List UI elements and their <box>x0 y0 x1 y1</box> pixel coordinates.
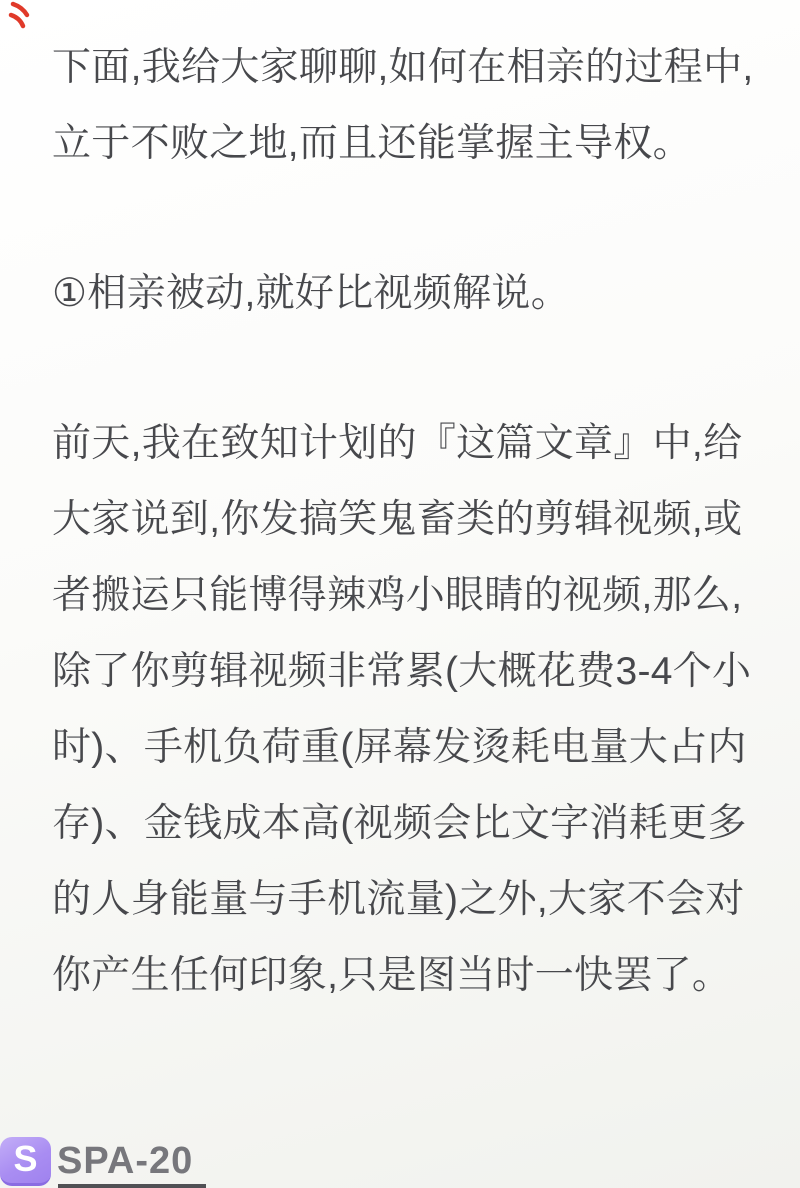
watermark-logo-icon: S <box>0 1137 51 1186</box>
paragraph-explanation: 前天,我在致知计划的『这篇文章』中,给大家说到,你发搞笑鬼畜类的剪辑视频,或者搬… <box>52 406 758 1014</box>
red-brush-stroke-icon <box>8 1 34 29</box>
paragraph-point-1: ①相亲被动,就好比视频解说。 <box>52 256 758 332</box>
watermark: S SPA-20 <box>0 1137 193 1186</box>
paragraph-intro: 下面,我给大家聊聊,如何在相亲的过程中,立于不败之地,而且还能掌握主导权。 <box>52 30 758 182</box>
watermark-label: SPA-20 <box>57 1140 193 1183</box>
article-body: 下面,我给大家聊聊,如何在相亲的过程中,立于不败之地,而且还能掌握主导权。 ①相… <box>52 0 758 1014</box>
cutoff-content-strip <box>58 1184 206 1188</box>
watermark-logo-letter: S <box>13 1141 37 1177</box>
